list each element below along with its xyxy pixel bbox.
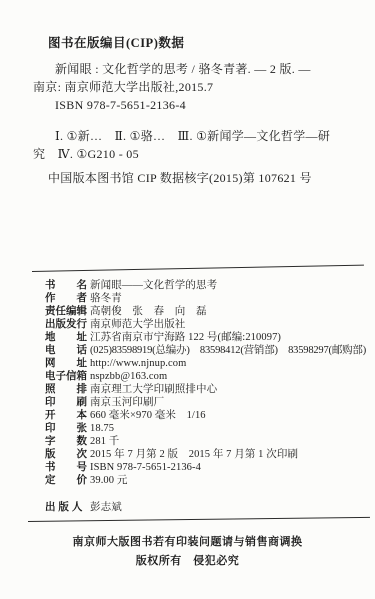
row-value: 39.00 元 <box>90 475 127 486</box>
row-label: 电子信箱 <box>45 370 89 383</box>
row-value: 骆冬青 <box>90 293 122 304</box>
cip-section: 图书在版编目(CIP)数据 新闻眼 : 文化哲学的思考 / 骆冬青著. — 2 … <box>0 0 375 187</box>
row-label: 电 话 <box>45 344 89 357</box>
cip-entry-line2: 南京: 南京师范大学出版社,2015.7 <box>33 78 375 96</box>
row-label: 出 版 人 <box>45 501 89 514</box>
table-row-format: 开 本660 毫米×970 毫米 1/16 <box>45 409 375 422</box>
table-row-title: 书 名新闻眼——文化哲学的思考 <box>45 279 375 292</box>
table-row-publisher-name: 出版发行南京师范大学出版社 <box>45 318 375 331</box>
cip-heading: 图书在版编目(CIP)数据 <box>48 36 375 50</box>
row-value: 江苏省南京市宁海路 122 号(邮编:210097) <box>90 332 281 343</box>
row-label: 开 本 <box>45 409 89 422</box>
row-value: 2015 年 7 月第 2 版 2015 年 7 月第 1 次印刷 <box>90 449 298 460</box>
row-value: 彭志斌 <box>90 502 122 513</box>
table-row-edition: 版 次2015 年 7 月第 2 版 2015 年 7 月第 1 次印刷 <box>45 448 375 461</box>
row-value: ISBN 978-7-5651-2136-4 <box>90 462 201 473</box>
row-value: 18.75 <box>90 423 114 434</box>
row-value: http://www.njnup.com <box>90 358 186 369</box>
colophon-table: 书 名新闻眼——文化哲学的思考 作 者骆冬青 责任编辑高朝俊 张 春 向 磊 出… <box>0 279 375 514</box>
table-row-sheets: 印 张18.75 <box>45 422 375 435</box>
row-label: 作 者 <box>45 292 89 305</box>
row-label: 地 址 <box>45 331 89 344</box>
table-row-author: 作 者骆冬青 <box>45 292 375 305</box>
row-label: 印 张 <box>45 422 89 435</box>
row-value: 新闻眼——文化哲学的思考 <box>90 280 217 291</box>
bottom-divider <box>28 517 370 522</box>
copyright-notice: 版权所有 侵犯必究 <box>0 554 375 568</box>
table-row-isbn: 书 号ISBN 978-7-5651-2136-4 <box>45 461 375 474</box>
row-label: 书 名 <box>45 279 89 292</box>
cip-classification-line1: Ⅰ. ①新… Ⅱ. ①骆… Ⅲ. ①新闻学—文化哲学—研 <box>55 127 375 145</box>
table-row-wordcount: 字 数281 千 <box>45 435 375 448</box>
row-label: 字 数 <box>45 435 89 448</box>
row-label: 书 号 <box>45 461 89 474</box>
cip-record-number: 中国版本图书馆 CIP 数据核字(2015)第 107621 号 <box>48 169 375 187</box>
table-row-typesetting: 照 排南京理工大学印刷照排中心 <box>45 383 375 396</box>
row-label: 定 价 <box>45 474 89 487</box>
table-row-phone: 电 话(025)83598919(总编办) 83598412(营销部) 8359… <box>45 344 375 357</box>
table-row-editors: 责任编辑高朝俊 张 春 向 磊 <box>45 305 375 318</box>
table-row-price: 定 价39.00 元 <box>45 474 375 487</box>
row-label: 印 刷 <box>45 396 89 409</box>
row-value: 高朝俊 张 春 向 磊 <box>90 306 207 317</box>
table-row-website: 网 址http://www.njnup.com <box>45 357 375 370</box>
exchange-notice: 南京师大版图书若有印装问题请与销售商调换 <box>0 535 375 549</box>
table-row-printing: 印 刷南京玉河印刷厂 <box>45 396 375 409</box>
row-value: 281 千 <box>90 436 119 447</box>
colophon-page: 图书在版编目(CIP)数据 新闻眼 : 文化哲学的思考 / 骆冬青著. — 2 … <box>0 0 375 599</box>
table-row-address: 地 址江苏省南京市宁海路 122 号(邮编:210097) <box>45 331 375 344</box>
top-divider <box>32 265 364 272</box>
row-label: 版 次 <box>45 448 89 461</box>
row-value: 南京玉河印刷厂 <box>90 397 164 408</box>
row-value: 南京理工大学印刷照排中心 <box>90 384 217 395</box>
row-label: 出版发行 <box>45 318 89 331</box>
table-row-publisher-person: 出 版 人彭志斌 <box>45 501 375 514</box>
row-value: 660 毫米×970 毫米 1/16 <box>90 410 206 421</box>
cip-classification-line2: 究 Ⅳ. ①G210 - 05 <box>33 145 375 163</box>
row-label: 照 排 <box>45 383 89 396</box>
row-value: (025)83598919(总编办) 83598412(营销部) 8359829… <box>90 345 366 356</box>
cip-entry-line1: 新闻眼 : 文化哲学的思考 / 骆冬青著. — 2 版. — <box>55 60 375 78</box>
cip-isbn-line: ISBN 978-7-5651-2136-4 <box>55 96 375 114</box>
row-label: 网 址 <box>45 357 89 370</box>
table-row-email: 电子信箱nspzbb@163.com <box>45 370 375 383</box>
row-label: 责任编辑 <box>45 305 89 318</box>
row-value: 南京师范大学出版社 <box>90 319 185 330</box>
row-value: nspzbb@163.com <box>90 371 167 382</box>
